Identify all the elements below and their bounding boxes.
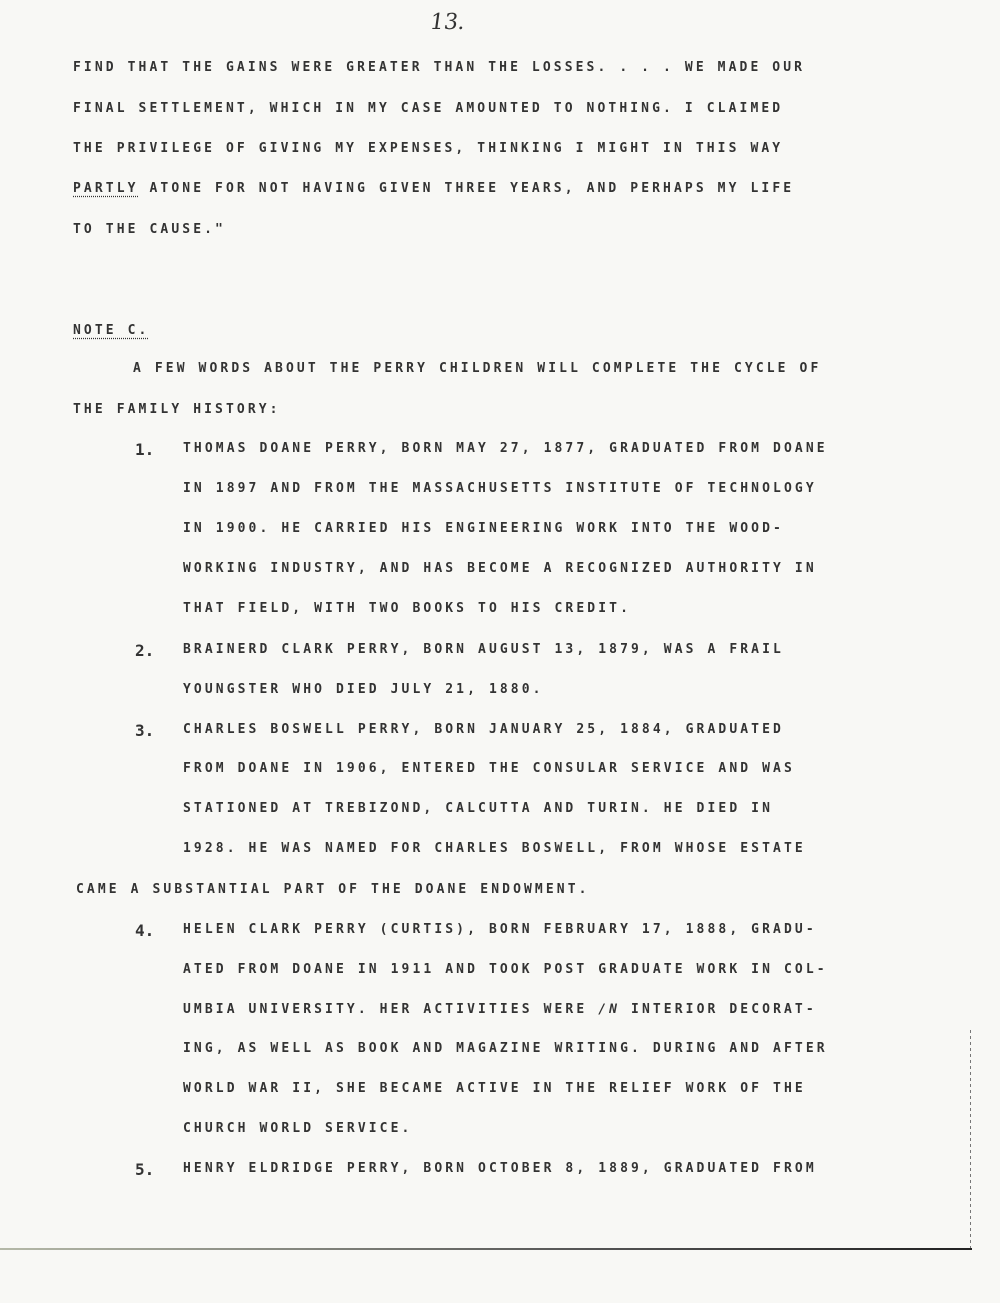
- note-intro-2: the family history:: [73, 402, 281, 417]
- item-4-line-3: umbia University. Her activities were /n…: [183, 1002, 817, 1017]
- item-2-line-2: youngster who died July 21, 1880.: [183, 682, 544, 697]
- underlined-word: Partly: [73, 181, 139, 196]
- item-4-line-6: Church World Service.: [183, 1121, 412, 1136]
- item-3-line-2: from Doane in 1906, entered the consular…: [183, 761, 795, 776]
- item-4-line-1: Helen Clark Perry (Curtis), born Februar…: [183, 922, 817, 937]
- item-4-line-5: World War II, she became active in the r…: [183, 1081, 806, 1096]
- item-4-line-4: ing, as well as book and magazine writin…: [183, 1041, 828, 1056]
- struck-text: /n: [598, 1002, 620, 1017]
- page-edge-vertical: [970, 1030, 971, 1250]
- item-1-line-3: in 1900. He carried his engineering work…: [183, 521, 784, 536]
- item-3-line-4: 1928. He was named for Charles Boswell, …: [183, 841, 806, 856]
- page-edge-horizontal: [0, 1248, 972, 1250]
- item-number: 5.: [135, 1160, 154, 1179]
- item-number: 4.: [135, 921, 154, 940]
- item-1-line-4: working industry, and has become a recog…: [183, 561, 817, 576]
- item-1-line-1: Thomas Doane Perry, born May 27, 1877, g…: [183, 441, 828, 456]
- item-number: 1.: [135, 440, 154, 459]
- item-3-line-1: Charles Boswell Perry, born January 25, …: [183, 722, 784, 737]
- item-number: 2.: [135, 641, 154, 660]
- note-intro-1: A few words about the Perry children wil…: [133, 361, 821, 376]
- item-1-line-5: that field, with two books to his credit…: [183, 601, 631, 616]
- quote-line-4: Partly atone for not having given three …: [73, 181, 794, 196]
- item-1-line-2: in 1897 and from the Massachusetts Insti…: [183, 481, 817, 496]
- quote-line-1: Find that the gains were greater than th…: [73, 60, 805, 75]
- item-2-line-1: Brainerd Clark Perry, born August 13, 18…: [183, 642, 784, 657]
- item-number: 3.: [135, 721, 154, 740]
- item-3-line-3: stationed at Trebizond, Calcutta and Tur…: [183, 801, 773, 816]
- item-3-continuation: came a substantial part of the Doane end…: [76, 882, 590, 897]
- quote-line-4-text: atone for not having given three years, …: [150, 181, 795, 196]
- page-number: 13.: [428, 10, 467, 35]
- quote-line-5: to the Cause.": [73, 222, 226, 237]
- quote-line-2: final settlement, which in my case amoun…: [73, 101, 783, 116]
- item-5-line-1: Henry Eldridge Perry, born October 8, 18…: [183, 1161, 817, 1176]
- item-4-line-2: ated from Doane in 1911 and took post gr…: [183, 962, 828, 977]
- quote-line-3: the privilege of giving my expenses, thi…: [73, 141, 783, 156]
- note-heading: Note C.: [73, 323, 150, 338]
